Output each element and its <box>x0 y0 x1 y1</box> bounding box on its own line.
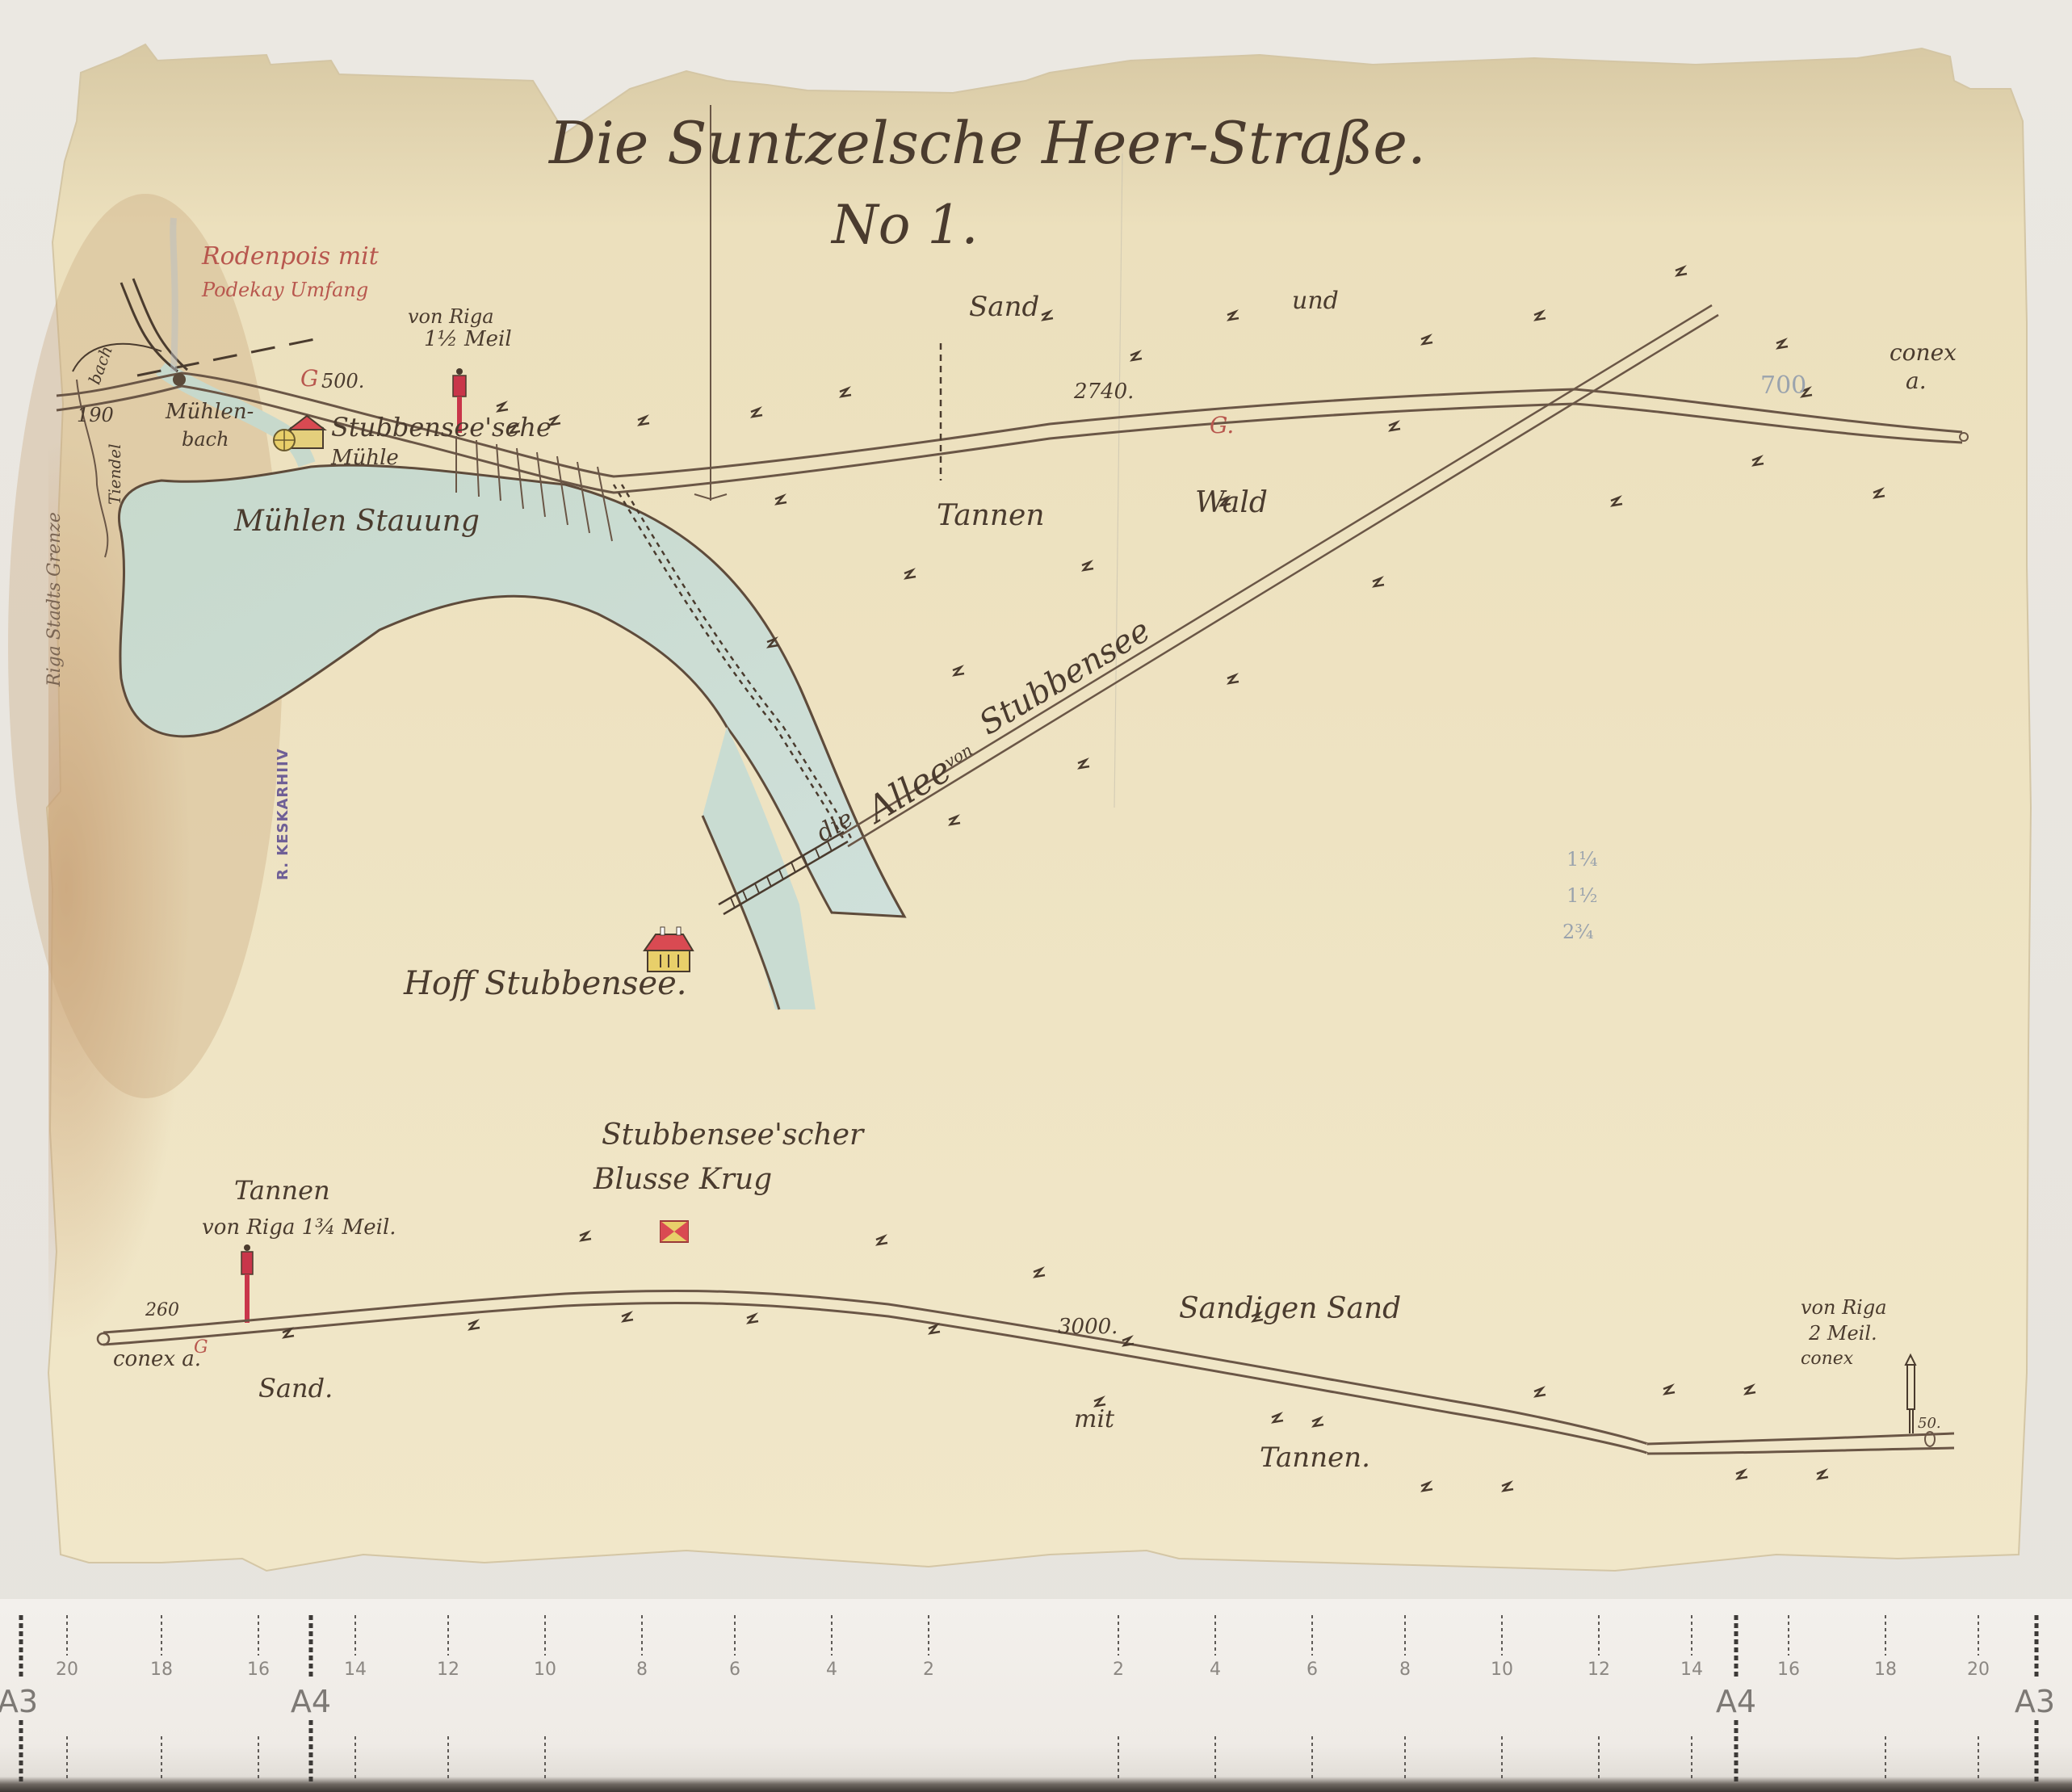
label-tannen: Tannen <box>937 499 1045 532</box>
ruler-paper-size-a4-left: A4 <box>291 1684 331 1719</box>
ruler-number-left-3: 14 <box>344 1660 367 1680</box>
sheet-number: No 1. <box>832 194 978 256</box>
ruler-number-right-5: 12 <box>1588 1660 1610 1680</box>
ruler-number-left-8: 4 <box>826 1660 837 1680</box>
ruler-number-left-2: 16 <box>247 1660 270 1680</box>
label-sand: Sand <box>969 291 1039 323</box>
label-stubbensee-muehle-2: Mühle <box>331 446 399 470</box>
pencil-fraction-1: 1¼ <box>1567 848 1598 871</box>
label-sand-left: Sand. <box>258 1373 333 1404</box>
label-stubbensee-krug-1: Stubbensee'scher <box>602 1118 863 1152</box>
ruler-paper-size-a3-left: A3 <box>0 1684 38 1719</box>
label-stubbensee-krug-2: Blusse Krug <box>593 1163 772 1196</box>
ruler-number-right-9: 20 <box>1967 1660 1990 1680</box>
label-tannen-bottom: Tannen. <box>1260 1442 1370 1474</box>
label-tannen-left: Tannen <box>234 1175 330 1206</box>
ruler-number-left-4: 12 <box>437 1660 459 1680</box>
label-riga-distance-mid: von Riga 1¾ Meil. <box>202 1215 396 1240</box>
label-riga-distance-top: von Riga <box>408 305 494 328</box>
ruler-number-right-8: 18 <box>1874 1660 1897 1680</box>
label-conex-a-left: conex a. <box>113 1347 201 1371</box>
label-measure-g1: G <box>300 365 318 392</box>
tavern-krug-icon <box>661 1221 688 1242</box>
label-riga-stadt-grenze: Riga Stadts Grenze <box>44 512 65 686</box>
label-measure-50: 50. <box>1918 1415 1941 1432</box>
ruler-number-left-6: 8 <box>636 1660 648 1680</box>
ruler-number-left-1: 18 <box>150 1660 173 1680</box>
label-measure-3000: 3000. <box>1058 1315 1118 1339</box>
label-conex-right: conex <box>1801 1349 1853 1369</box>
map-title: Die Suntzelsche Heer-Straße. <box>549 109 1426 177</box>
label-rodenpois-2: Podekay Umfang <box>202 279 368 301</box>
ruler-paper-size-a4-right: A4 <box>1716 1684 1756 1719</box>
label-riga-distance-right: von Riga <box>1801 1296 1887 1319</box>
label-conex-a-top-2: a. <box>1906 367 1927 394</box>
ruler-number-right-1: 4 <box>1210 1660 1221 1680</box>
ruler-number-left-0: 20 <box>56 1660 78 1680</box>
label-conex-a-top: conex <box>1890 339 1957 366</box>
pencil-fraction-3: 2¾ <box>1562 921 1594 943</box>
label-mit: mit <box>1074 1405 1114 1433</box>
label-rodenpois: Rodenpois mit <box>202 242 379 271</box>
label-measure-g2: G. <box>1210 412 1234 439</box>
label-station-500: 500. <box>321 370 364 392</box>
label-measure-g3: G <box>194 1337 208 1358</box>
archive-stamp: R. KESKARHIIV <box>275 748 292 880</box>
label-muehlenbach-2: bach <box>182 428 229 451</box>
ruler-number-right-7: 16 <box>1777 1660 1800 1680</box>
pencil-fraction-2: 1½ <box>1567 884 1598 907</box>
ruler-number-left-5: 10 <box>534 1660 556 1680</box>
label-muehlenbach: Mühlen- <box>166 400 254 424</box>
label-riga-distance-top-value: 1½ Meil <box>424 327 512 351</box>
label-und: und <box>1292 287 1339 315</box>
label-hof-stubbensee: Hoff Stubbensee. <box>404 965 687 1002</box>
label-sandigen-sand: Sandigen Sand <box>1179 1292 1401 1325</box>
label-riga-distance-right-value: 2 Meil. <box>1809 1322 1877 1345</box>
ruler-number-right-3: 8 <box>1399 1660 1411 1680</box>
label-tiendel: Tiendel <box>105 444 124 506</box>
label-measure-260: 260 <box>145 1300 179 1320</box>
ruler-paper-size-a3-right: A3 <box>2015 1684 2055 1719</box>
label-muehlen-stauung: Mühlen Stauung <box>234 505 480 538</box>
ruler-number-left-9: 2 <box>923 1660 934 1680</box>
label-measure-2740: 2740. <box>1074 380 1134 404</box>
ruler-number-right-4: 10 <box>1491 1660 1513 1680</box>
ruler-number-left-7: 6 <box>729 1660 740 1680</box>
label-measure-190: 190 <box>77 404 114 426</box>
ruler-number-right-0: 2 <box>1113 1660 1124 1680</box>
ruler-number-right-2: 6 <box>1307 1660 1318 1680</box>
ruler-number-right-6: 14 <box>1680 1660 1703 1680</box>
label-wald: Wald <box>1195 486 1268 519</box>
label-stubbensee-muehle: Stubbensee'sche <box>331 412 552 443</box>
label-pencil-700: 700 <box>1760 371 1806 400</box>
